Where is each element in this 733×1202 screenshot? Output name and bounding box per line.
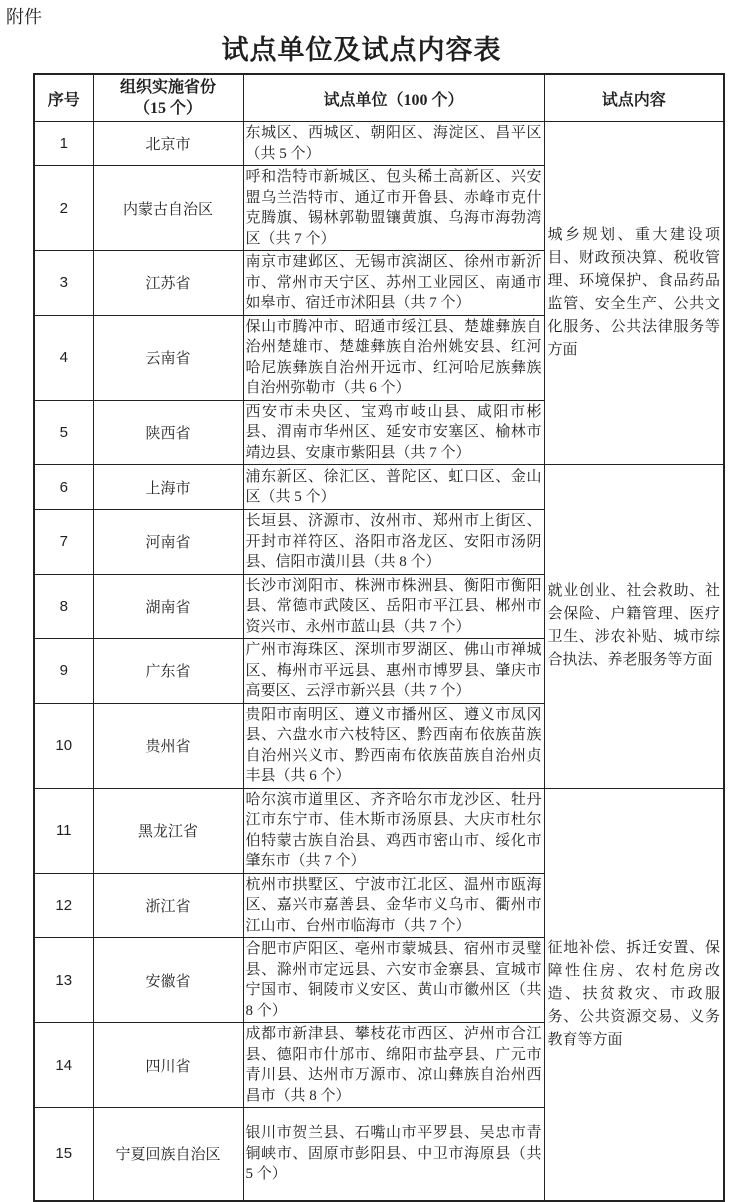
units-cell: 长沙市浏阳市、株洲市株洲县、衡阳市衡阳县、常德市武陵区、岳阳市平江县、郴州市资兴… <box>243 574 544 639</box>
row-index: 14 <box>34 1023 93 1108</box>
header-content: 试点内容 <box>544 74 724 122</box>
table-row: 11 黑龙江省 哈尔滨市道里区、齐齐哈尔市龙沙区、牡丹江市东宁市、佳木斯市汤原县… <box>34 788 724 873</box>
table-row: 1 北京市 东城区、西城区、朝阳区、海淀区、昌平区（共 5 个） 城乡规划、重大… <box>34 122 724 166</box>
units-cell: 合肥市庐阳区、亳州市蒙城县、宿州市灵璧县、滁州市定远县、六安市金寨县、宣城市宁国… <box>243 938 544 1023</box>
province-cell: 内蒙古自治区 <box>93 166 243 251</box>
province-cell: 云南省 <box>93 315 243 400</box>
units-cell: 杭州市拱墅区、宁波市江北区、温州市瓯海区、嘉兴市嘉善县、金华市义乌市、衢州市江山… <box>243 873 544 938</box>
row-index: 13 <box>34 938 93 1023</box>
header-index: 序号 <box>34 74 93 122</box>
province-cell: 安徽省 <box>93 938 243 1023</box>
page-title: 试点单位及试点内容表 <box>0 0 723 73</box>
row-index: 9 <box>34 639 93 704</box>
units-cell: 南京市建邺区、无锡市滨湖区、徐州市新沂市、常州市天宁区、苏州工业园区、南通市如皋… <box>243 251 544 316</box>
row-index: 10 <box>34 703 93 788</box>
row-index: 4 <box>34 315 93 400</box>
row-index: 5 <box>34 400 93 465</box>
province-cell: 浙江省 <box>93 873 243 938</box>
row-index: 15 <box>34 1108 93 1201</box>
row-index: 1 <box>34 122 93 166</box>
units-cell: 西安市未央区、宝鸡市岐山县、咸阳市彬县、渭南市华州区、延安市安塞区、榆林市靖边县… <box>243 400 544 465</box>
content-group-cell: 征地补偿、拆迁安置、保障性住房、农村危房改造、扶贫救灾、市政服务、公共资源交易、… <box>544 788 724 1201</box>
content-group-cell: 城乡规划、重大建设项目、财政预决算、税收管理、环境保护、食品药品监管、安全生产、… <box>544 122 724 465</box>
units-cell: 保山市腾冲市、昭通市绥江县、楚雄彝族自治州楚雄市、楚雄彝族自治州姚安县、红河哈尼… <box>243 315 544 400</box>
province-cell: 贵州省 <box>93 703 243 788</box>
province-cell: 陕西省 <box>93 400 243 465</box>
province-cell: 黑龙江省 <box>93 788 243 873</box>
province-cell: 广东省 <box>93 639 243 704</box>
header-units: 试点单位（100 个） <box>243 74 544 122</box>
row-index: 2 <box>34 166 93 251</box>
units-cell: 成都市新津县、攀枝花市西区、泸州市合江县、德阳市什邡市、绵阳市盐亭县、广元市青川… <box>243 1023 544 1108</box>
row-index: 11 <box>34 788 93 873</box>
units-cell: 贵阳市南明区、遵义市播州区、遵义市凤冈县、六盘水市六枝特区、黔西南布依族苗族自治… <box>243 703 544 788</box>
units-cell: 呼和浩特市新城区、包头稀土高新区、兴安盟乌兰浩特市、通辽市开鲁县、赤峰市克什克腾… <box>243 166 544 251</box>
province-cell: 北京市 <box>93 122 243 166</box>
row-index: 3 <box>34 251 93 316</box>
pilot-units-table: 序号 组织实施省份 （15 个） 试点单位（100 个） 试点内容 1 北京市 … <box>33 73 725 1202</box>
table-header-row: 序号 组织实施省份 （15 个） 试点单位（100 个） 试点内容 <box>34 74 724 122</box>
units-cell: 东城区、西城区、朝阳区、海淀区、昌平区（共 5 个） <box>243 122 544 166</box>
province-cell: 四川省 <box>93 1023 243 1108</box>
header-province: 组织实施省份 （15 个） <box>93 74 243 122</box>
attachment-label: 附件 <box>6 6 42 28</box>
province-cell: 湖南省 <box>93 574 243 639</box>
units-cell: 浦东新区、徐汇区、普陀区、虹口区、金山区（共 5 个） <box>243 465 544 510</box>
table-row: 6 上海市 浦东新区、徐汇区、普陀区、虹口区、金山区（共 5 个） 就业创业、社… <box>34 465 724 510</box>
units-cell: 哈尔滨市道里区、齐齐哈尔市龙沙区、牡丹江市东宁市、佳木斯市汤原县、大庆市杜尔伯特… <box>243 788 544 873</box>
row-index: 8 <box>34 574 93 639</box>
province-cell: 上海市 <box>93 465 243 510</box>
row-index: 12 <box>34 873 93 938</box>
province-cell: 河南省 <box>93 510 243 575</box>
content-group-cell: 就业创业、社会救助、社会保险、户籍管理、医疗卫生、涉农补贴、城市综合执法、养老服… <box>544 465 724 789</box>
province-cell: 江苏省 <box>93 251 243 316</box>
row-index: 6 <box>34 465 93 510</box>
province-cell: 宁夏回族自治区 <box>93 1108 243 1201</box>
units-cell: 银川市贺兰县、石嘴山市平罗县、吴忠市青铜峡市、固原市彭阳县、中卫市海原县（共 5… <box>243 1108 544 1201</box>
units-cell: 长垣县、济源市、汝州市、郑州市上街区、开封市祥符区、洛阳市洛龙区、安阳市汤阴县、… <box>243 510 544 575</box>
units-cell: 广州市海珠区、深圳市罗湖区、佛山市禅城区、梅州市平远县、惠州市博罗县、肇庆市高要… <box>243 639 544 704</box>
row-index: 7 <box>34 510 93 575</box>
